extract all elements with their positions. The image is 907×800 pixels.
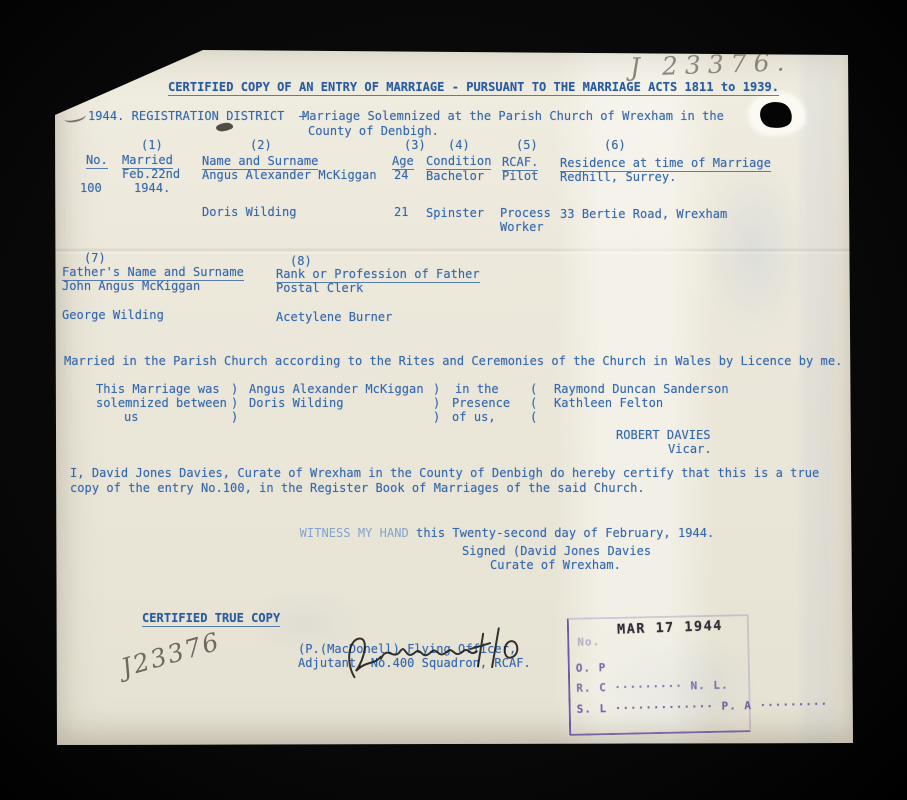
header-condition: Condition: [426, 155, 491, 170]
groom-married-date: Feb.22nd: [122, 168, 180, 181]
bracket-1c: (: [530, 383, 537, 396]
bride-residence: 33 Bertie Road, Wrexham: [560, 208, 727, 221]
bride-name: Doris Wilding: [202, 206, 297, 219]
col-number-1: (1): [141, 139, 163, 152]
stamp-date: MAR 17 1944: [617, 618, 723, 638]
header-no: No.: [86, 154, 108, 169]
county-line: County of Denbigh.: [308, 125, 439, 138]
entry-year: 1944.: [134, 182, 170, 195]
bride-rcaf-line1: Process: [500, 207, 551, 220]
certify-line-2: copy of the entry No.100, in the Registe…: [70, 482, 645, 495]
groom-condition: Bachelor: [426, 170, 484, 183]
bracket-1a: ): [231, 383, 238, 396]
bracket-1b: ): [433, 383, 440, 396]
groom-residence: Redhill, Surrey.: [560, 171, 676, 184]
solemnized-left-3: us: [124, 411, 139, 424]
presence-line-2: Presence: [452, 397, 510, 410]
witness-hand-rest: this Twenty-second day of February, 1944…: [409, 526, 715, 540]
presence-line-3: of us,: [452, 411, 496, 424]
witness-name-1: Raymond Duncan Sanderson: [554, 383, 729, 396]
certified-true-copy: CERTIFIED TRUE COPY: [142, 612, 280, 627]
pencil-squiggle: [63, 110, 87, 124]
bracket-3a: ): [231, 411, 238, 424]
solemnized-at-line: Marriage Solemnized at the Parish Church…: [302, 110, 724, 123]
party-bride: Doris Wilding: [249, 397, 344, 410]
solemnized-left-2: solemnized between: [96, 397, 227, 410]
ceremony-statement: Married in the Parish Church according t…: [64, 355, 842, 368]
witness-hand-faded: WITNESS MY HAND: [300, 526, 409, 540]
col-number-4: (4): [448, 139, 470, 152]
groom-father-name: John Angus McKiggan: [62, 280, 200, 293]
stamp-row-op: O. P: [576, 661, 607, 675]
bride-rcaf-line2: Worker: [500, 221, 544, 234]
stamp-row-no: No.: [577, 635, 600, 648]
groom-age: 24: [394, 169, 409, 182]
vicar-name: ROBERT DAVIES: [616, 429, 711, 442]
col-number-7: (7): [84, 252, 106, 265]
groom-father-profession: Postal Clerk: [276, 282, 363, 295]
ink-signature: [340, 616, 530, 698]
col-number-2: (2): [250, 139, 272, 152]
party-groom: Angus Alexander McKiggan: [249, 383, 424, 396]
groom-name: Angus Alexander McKiggan: [202, 169, 377, 182]
bracket-2c: (: [530, 397, 537, 410]
entry-number: 100: [80, 182, 102, 195]
bracket-3c: (: [530, 411, 537, 424]
presence-line-1: in the: [455, 383, 499, 396]
stamp-row-rc-nl: R. C ········· N. L.: [576, 679, 729, 695]
signed-line-2: Curate of Wrexham.: [490, 559, 621, 572]
registration-district: 1944. REGISTRATION DISTRICT —: [88, 110, 306, 123]
bride-age: 21: [394, 206, 409, 219]
groom-rcaf: Pilot: [502, 170, 538, 183]
certify-line-1: I, David Jones Davies, Curate of Wrexham…: [70, 467, 819, 480]
vicar-title: Vicar.: [668, 443, 712, 456]
signed-line-1: Signed (David Jones Davies: [462, 545, 651, 558]
bracket-2b: ): [433, 397, 440, 410]
solemnized-left-1: This Marriage was: [96, 383, 220, 396]
col-number-3: (3): [404, 139, 426, 152]
bride-father-profession: Acetylene Burner: [276, 311, 392, 324]
paper-tear-mark: [216, 122, 234, 132]
bracket-3b: ): [433, 411, 440, 424]
scanned-certificate-scene: J 23376. CERTIFIED COPY OF AN ENTRY OF M…: [0, 0, 907, 800]
col-number-6: (6): [604, 139, 626, 152]
ink-signature-strokes: [340, 616, 530, 694]
pencil-ref-bottom: J23376: [118, 627, 224, 683]
col-number-5: (5): [516, 139, 538, 152]
document-title: CERTIFIED COPY OF AN ENTRY OF MARRIAGE -…: [168, 81, 779, 96]
rubber-stamp: MAR 17 1944 No. O. P R. C ········· N. L…: [567, 614, 751, 736]
witness-name-2: Kathleen Felton: [554, 397, 663, 410]
bride-condition: Spinster: [426, 207, 484, 220]
bride-father-name: George Wilding: [62, 309, 164, 322]
pencil-ref-top: J 23376.: [630, 47, 792, 82]
bracket-2a: ): [231, 397, 238, 410]
